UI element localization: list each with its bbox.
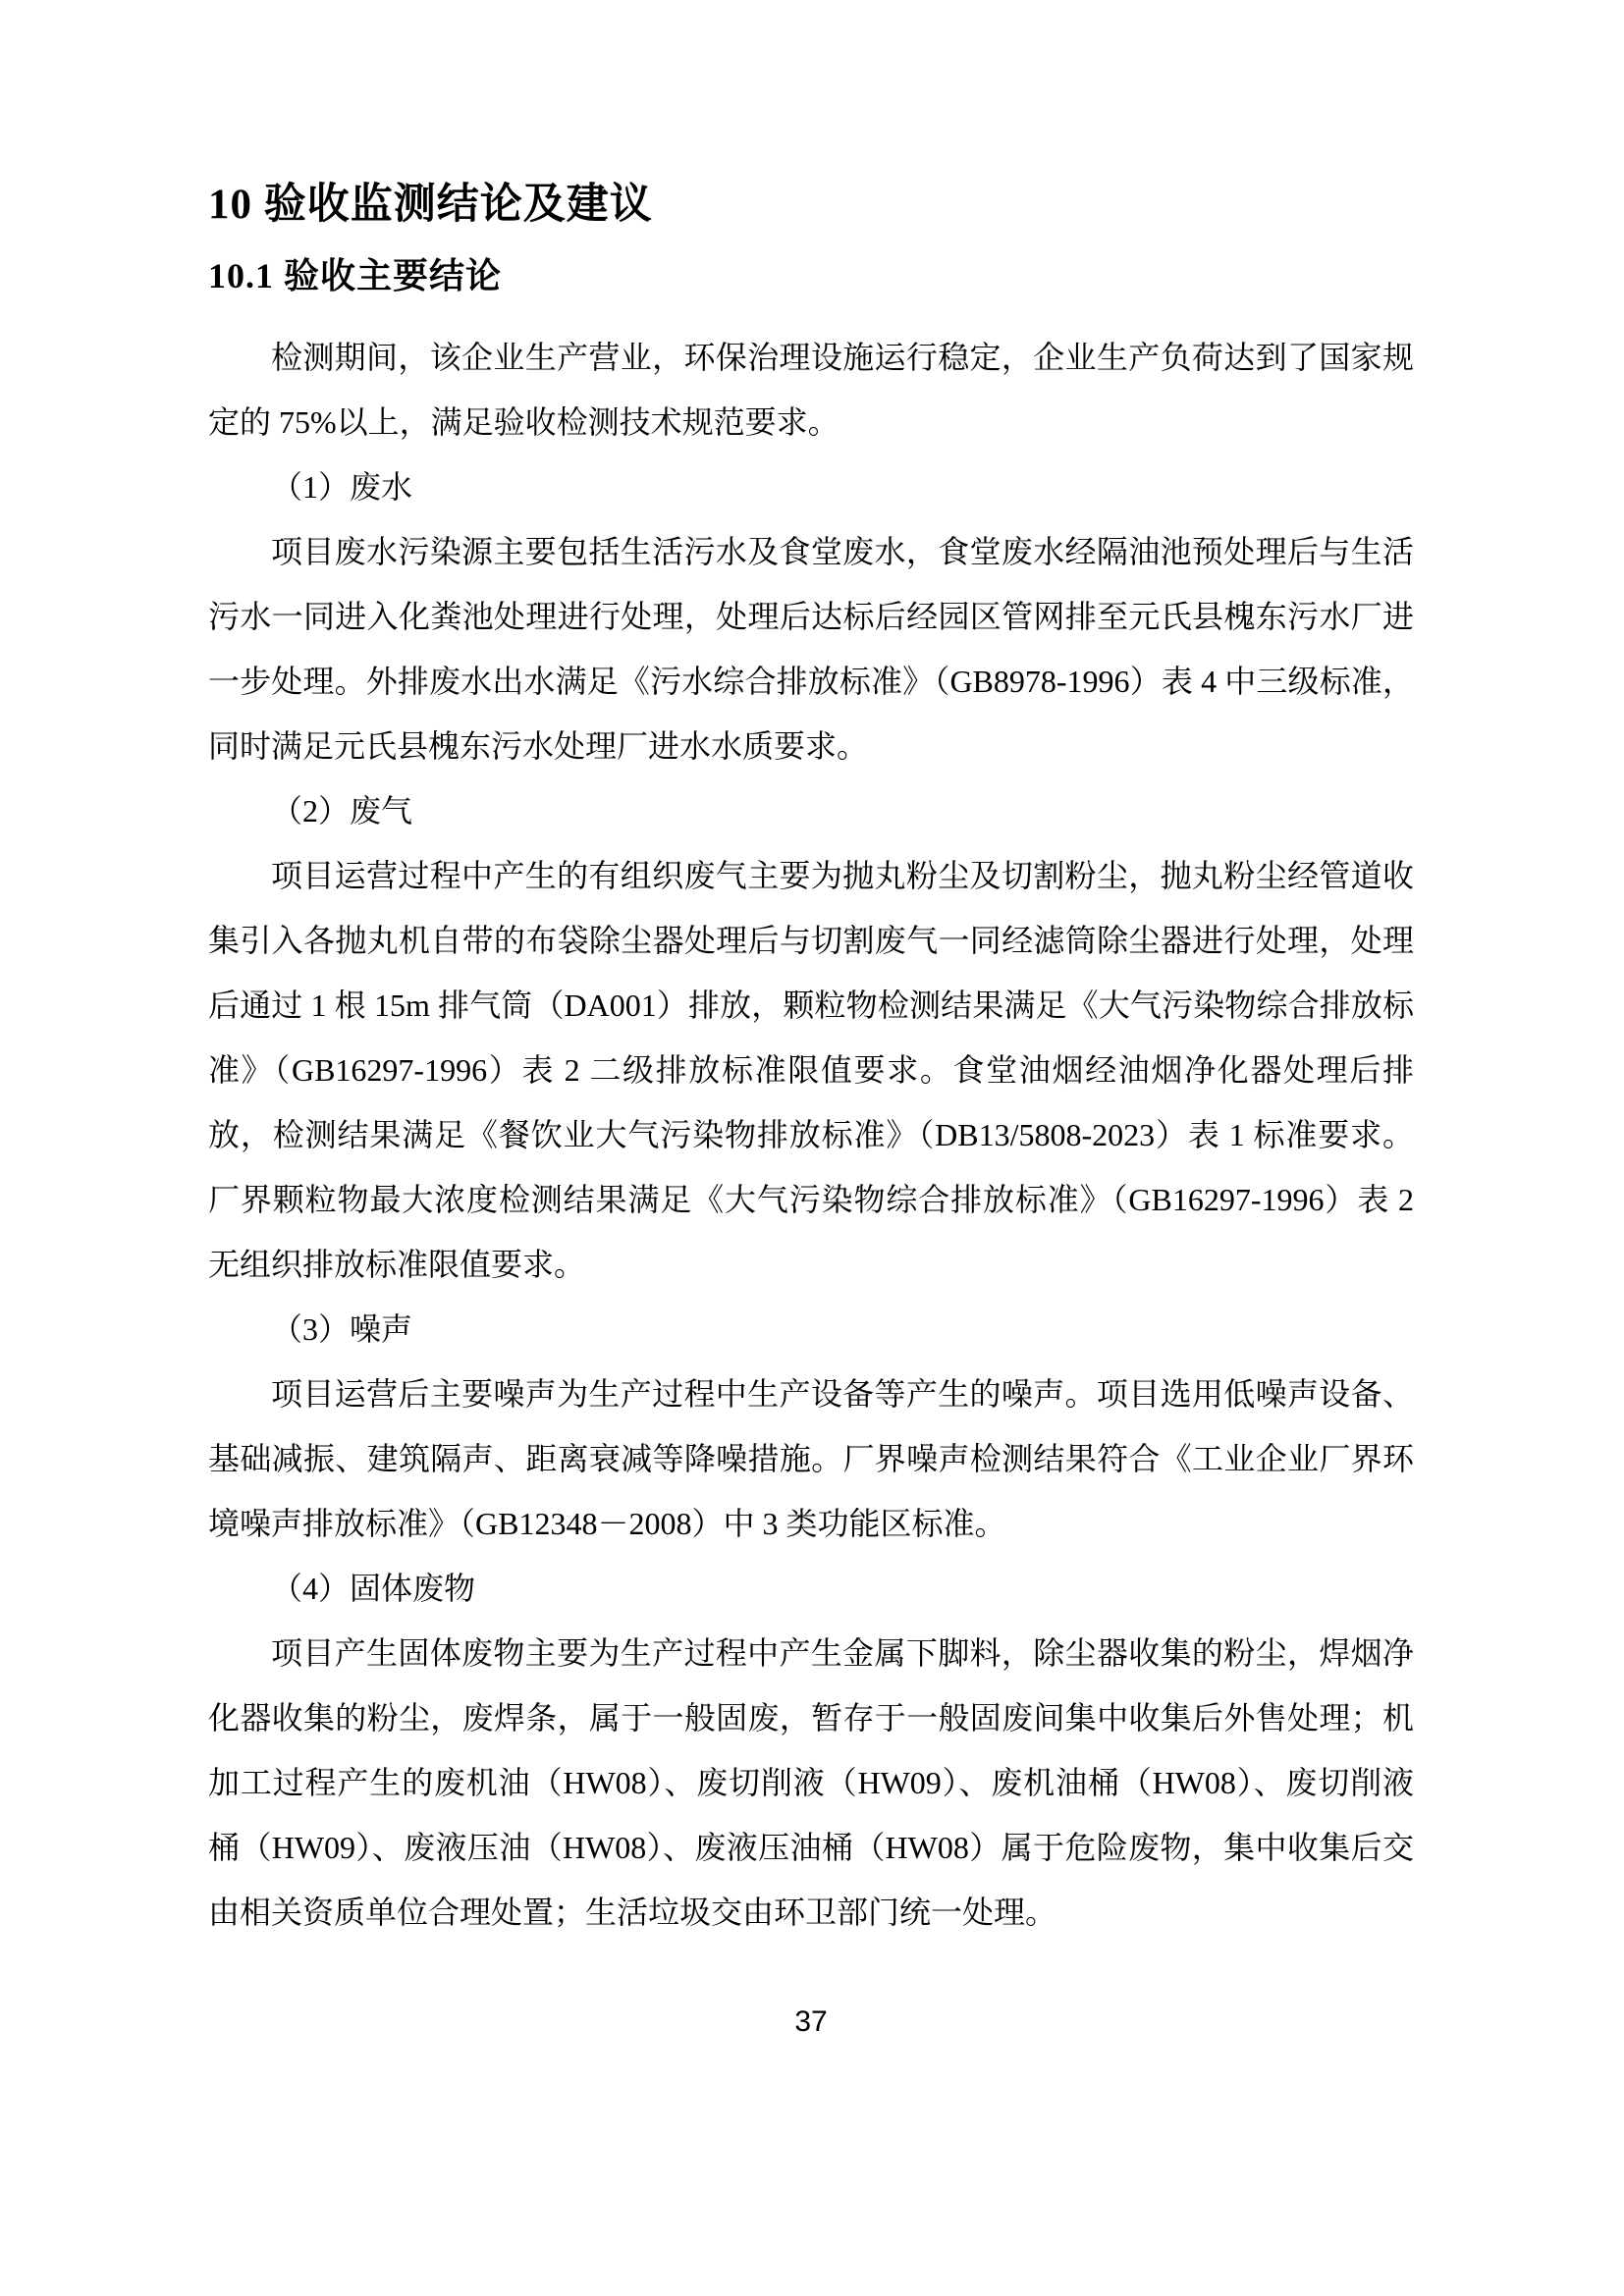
waste-gas-paragraph: 项目运营过程中产生的有组织废气主要为抛丸粉尘及切割粉尘，抛丸粉尘经管道收集引入各…	[208, 843, 1414, 1297]
chapter-heading: 10 验收监测结论及建议	[208, 175, 1414, 236]
section-heading: 10.1 验收主要结论	[208, 251, 1414, 300]
solid-waste-paragraph: 项目产生固体废物主要为生产过程中产生金属下脚料，除尘器收集的粉尘，焊烟净化器收集…	[208, 1621, 1414, 1945]
waste-gas-label: （2）废气	[208, 778, 1414, 843]
page-number: 37	[208, 2005, 1414, 2039]
noise-label: （3）噪声	[208, 1297, 1414, 1362]
noise-paragraph: 项目运营后主要噪声为生产过程中生产设备等产生的噪声。项目选用低噪声设备、基础减振…	[208, 1362, 1414, 1556]
document-page: 10 验收监测结论及建议 10.1 验收主要结论 检测期间，该企业生产营业，环保…	[0, 0, 1624, 2296]
solid-waste-label: （4）固体废物	[208, 1556, 1414, 1621]
wastewater-paragraph: 项目废水污染源主要包括生活污水及食堂废水，食堂废水经隔油池预处理后与生活污水一同…	[208, 519, 1414, 778]
wastewater-label: （1）废水	[208, 454, 1414, 519]
intro-paragraph: 检测期间，该企业生产营业，环保治理设施运行稳定，企业生产负荷达到了国家规定的 7…	[208, 325, 1414, 454]
page-content: 10 验收监测结论及建议 10.1 验收主要结论 检测期间，该企业生产营业，环保…	[208, 0, 1414, 2039]
